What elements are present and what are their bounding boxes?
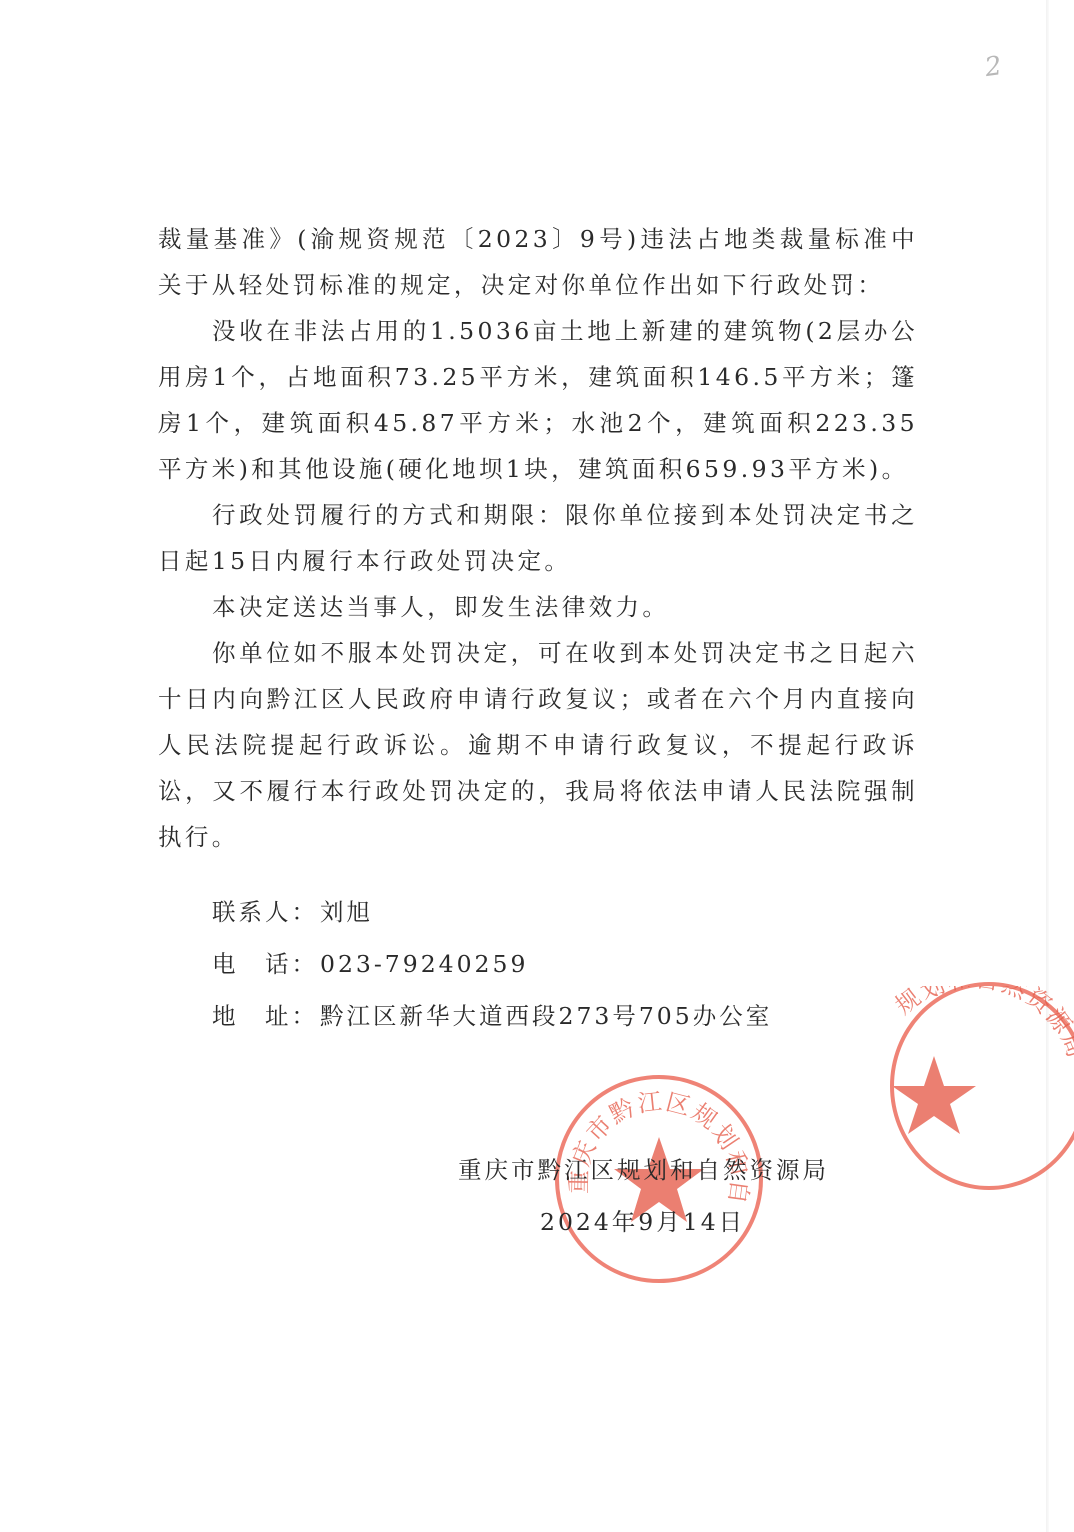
contact-phone-value: 023-79240259 <box>320 938 528 990</box>
paragraph-appeal-rights: 你单位如不服本处罚决定，可在收到本处罚决定书之日起六十日内向黔江区人民政府申请行… <box>158 630 918 860</box>
paragraph-deadline: 行政处罚履行的方式和期限：限你单位接到本处罚决定书之日起15日内履行本行政处罚决… <box>158 492 918 584</box>
issuing-organization: 重庆市黔江区规划和自然资源局 <box>458 1144 838 1196</box>
paragraph-penalty: 没收在非法占用的1.5036亩土地上新建的建筑物(2层办公用房1个，占地面积73… <box>158 308 918 492</box>
paragraph-legal-basis: 裁量基准》(渝规资规范〔2023〕9号)违法占地类裁量标准中关于从轻处罚标准的规… <box>158 216 918 308</box>
issue-date: 2024年9月14日 <box>458 1196 838 1248</box>
contact-address-row: 地 址： 黔江区新华大道西段273号705办公室 <box>212 990 772 1042</box>
page-number-mark: 2 <box>983 51 1004 83</box>
contact-address-value: 黔江区新华大道西段273号705办公室 <box>320 990 772 1042</box>
contact-block: 联系人： 刘旭 电 话： 023-79240259 地 址： 黔江区新华大道西段… <box>212 886 772 1042</box>
page-edge <box>1046 0 1049 1532</box>
paragraph-effect: 本决定送达当事人，即发生法律效力。 <box>158 584 918 630</box>
contact-phone-label: 电 话： <box>212 938 320 990</box>
signature-block: 重庆市黔江区规划和自然资源局 2024年9月14日 <box>458 1144 838 1248</box>
contact-person-value: 刘旭 <box>320 886 373 938</box>
contact-person-label: 联系人： <box>212 886 320 938</box>
contact-address-label: 地 址： <box>212 990 320 1042</box>
contact-person-row: 联系人： 刘旭 <box>212 886 772 938</box>
contact-phone-row: 电 话： 023-79240259 <box>212 938 772 990</box>
decision-body: 裁量基准》(渝规资规范〔2023〕9号)违法占地类裁量标准中关于从轻处罚标准的规… <box>158 216 918 860</box>
